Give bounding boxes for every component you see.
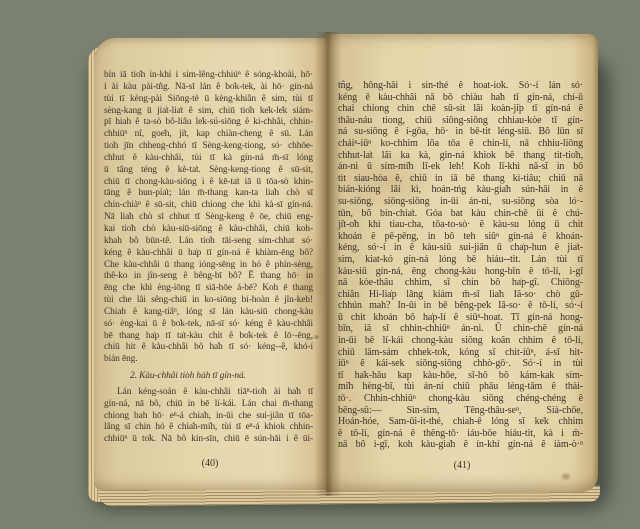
text-line: tāng ê hun-pia̍t; lán m̄-thang kan-ta li… [104,188,313,200]
text-line: bē thang ha̍p tī ta̍t-kàu chit ê bo̍k-te… [104,331,313,343]
text-line: lâng sī chin hó ê chia̍h-mi̍h, tùi tī eⁿ… [104,422,313,434]
text-line: chhiūⁿ ū to̍k. Nā bô kín-sīn, chiū ē sún… [104,434,313,446]
text-line: Hoán-hóe, Sam-ūi-it-thé, chiah-ê lóng sī… [338,416,583,428]
text-line: kai tio̍h chò kàu-siū-siōng ê kàu-chhâi,… [104,224,313,236]
text-line: ēng che khì èng-iōng tī siā-hōe á-bē? Ko… [104,283,313,295]
left-page: bín iā tio̍h ín-khí i sim-lêng-chhiúⁿ ê … [94,38,326,490]
text-line: só· èng-kai ū ê bo̍k-tek, nā-sī só· kéng… [104,319,313,331]
text-line: chhut-la̍t lâi ka kà, gín-ná khiok bē th… [338,150,583,162]
text-line: khah bô būn-tê. Lán tio̍h tāi-seng sím-c… [104,236,313,248]
text-line: chiū hit ê kàu-chhâi bô ha̍h tī só· kéng… [104,342,313,354]
text-line: bín iā tio̍h ín-khí i sim-lêng-chhiúⁿ ê … [104,70,313,82]
text-line: gín-ná, nā bô, chiū in bē lí-kái. Lán ch… [104,399,313,411]
text-line: chhún mah? In-ūi in bē bêng-pe̍k Iâ-so· … [338,300,583,312]
text-line: Lán kéng-soán ê kàu-chhâi tiāⁿ-tio̍h ài … [104,387,313,399]
text-line: thâu-náu tiong, chiū siōng-siōng chhiau-… [338,115,583,127]
text-line: tō·. Chhin-chhiūⁿ chong-kàu siōng chéng-… [338,393,583,405]
text-line: nā kòe-thâu chhim, sī chin bô ha̍p-gî. C… [338,277,583,289]
right-page-text: tn̂g, hông-hāi i sin-thé ê hoat-io̍k. Só… [338,80,583,451]
text-line: tūn, bô bín-chia̍t. Góa bat kàu chin-chē… [338,208,583,220]
text-line: chiū tī chong-kàu-siōng i ê kē-ta̍t iā ū… [104,177,313,189]
text-line: ná su-siōng ê í-gōa, hō· in bē-tit léng-… [338,126,583,138]
text-line: sim, kiat-kó gín-ná lóng bē hiáu--tit. L… [338,254,583,266]
section-heading: 2. Kàu-chhâi tio̍h ha̍h tī gín-ná. [130,371,313,383]
left-page-text: bín iā tio̍h ín-khí i sim-lêng-chhiúⁿ ê … [104,70,313,446]
text-line: tio̍h jīn chheng-chhó tī Sèng-keng-tiong… [104,141,313,153]
text-line: chin-chiàⁿ ê sū-sit, chiū chiong che khì… [104,200,313,212]
text-line: tùi tī kèng-pài Siōng-tè ū kèng-khiân ê … [104,94,313,106]
photo-background: bín iā tio̍h ín-khí i sim-lêng-chhiúⁿ ê … [0,0,640,529]
page-speck [560,472,572,481]
text-line: pī hiah ê ta-sò bô-liâu le̍k-sú-siōng ê … [104,117,313,129]
text-line: kéng ê kàu-chhâi nā bô chiàu ha̍h tī gín… [338,92,583,104]
text-line: chiân Hi-lia̍p lâng kiám m̄-sī lia̍h Iâ-… [338,289,583,301]
text-line: bīn, iā sī chhin-chhiūⁿ án-ni. Ū chin-ch… [338,323,583,335]
right-page-number: (41) [326,460,598,471]
right-page: tn̂g, hông-hāi i sin-thé ê hoat-io̍k. Só… [326,34,598,492]
text-line: ji̍t-o̍h khì tiau-cha, tōa-to-sò· ê kàu-… [338,219,583,231]
text-line: tit siau-hòa ê, chiū in iā bē thang kì-t… [338,173,583,185]
text-line: tùi che lâi sêng-chiū in ko-siōng bí-hoà… [104,295,313,307]
text-line: in-ūi bē lí-kái chong-kàu siōng koân chh… [338,335,583,347]
text-line: nā bô ì-gī, koh kàu-gia̍h ē ín-khí gín-n… [338,439,583,451]
text-line: tn̂g, hông-hāi i sin-thé ê hoat-io̍k. Só… [338,80,583,92]
text-line: án-ni ū sím-mi̍h lī-ek leh! Koh lī-khì n… [338,161,583,173]
open-book: bín iā tio̍h ín-khí i sim-lêng-chhiúⁿ ê … [86,24,612,506]
text-line: bián ēng. [104,354,313,366]
left-page-number: (40) [94,458,326,469]
text-line: chhut ê kàu-chhâi, tùi tī kà gín-ná m̄-s… [104,153,313,165]
text-line: ū chit khoán bô ha̍p-lí ê siūⁿ-hoat. Tī … [338,312,583,324]
text-line: kéng, só·-í in ê kàu-siū sui-jiân ū cha̍… [338,242,583,254]
text-line: cháiⁿ-iūⁿ ko-chhim lōa tōa ê chin-lí, nā… [338,138,583,150]
text-line: su-siōng, siōng-siōng in-ūi án-ni, su-si… [338,196,583,208]
text-line: khoán ê pē-pēng, in bô teh siūⁿ gín-ná ê… [338,231,583,243]
text-line: mi̍h hèng-bī, tùi án-ni chiū phāu léng-t… [338,381,583,393]
text-line: Nā lia̍h chò sī chhut tī Sèng-keng ê ōe,… [104,212,313,224]
text-line: bēng-sû:— Sìn-sim, Têng-thâu-seⁿ, Sià-ch… [338,405,583,417]
text-line: chiong bah hō· eⁿ-á chia̍h, in-ūi che su… [104,411,313,423]
text-line: kéng ê kàu-chhâi ū ha̍p tī gín-ná ê khià… [104,248,313,260]
text-line: iūⁿ ê kái-sek siōng-siōng chhò-gō·. Só·-… [338,358,583,370]
text-line: bián-kióng lâi kì, hoán-tńg kàu-gia̍h sú… [338,184,583,196]
text-line: tī ha̍k-hāu kap kàu-hōe, sī-hô bô kám-ka… [338,370,583,382]
text-line: ū tâng téng ê kè-ta̍t. Sèng-keng-tiong ê… [104,165,313,177]
text-line: sèng-kang ū jia̍t-lia̍t ê sim, chiū tio̍… [104,106,313,118]
text-line: Che kàu-chhâi ū thang ióng-sēng in hó ê … [104,260,313,272]
text-line: thê-ko in jîn-seng ê bêng-bī bô? Ē thang… [104,271,313,283]
text-line: kàu-siū gín-ná, ēng chong-kàu hong-bīn ê… [338,266,583,278]
text-line: Chiah ê kang-tiâⁿ, lóng sī lán kàu-siū c… [104,307,313,319]
text-line: chiū lām-sám chhek-to̍k, kóng sī chit-iū… [338,347,583,359]
text-line: chhiūⁿ nî, goe̍h, ji̍t, kap chiàn-cheng … [104,129,313,141]
text-line: chai chiong chin chē sū-sit lâi koàn-ji̍… [338,103,583,115]
page-speck [313,334,320,340]
text-line: ê tō-lí, gín-ná ê thêng-tō· iáu-bōe hiáu… [338,428,583,440]
text-line: i ài kàu pài-tn̂g. Nā-sī lán ê bo̍k-tek,… [104,82,313,94]
